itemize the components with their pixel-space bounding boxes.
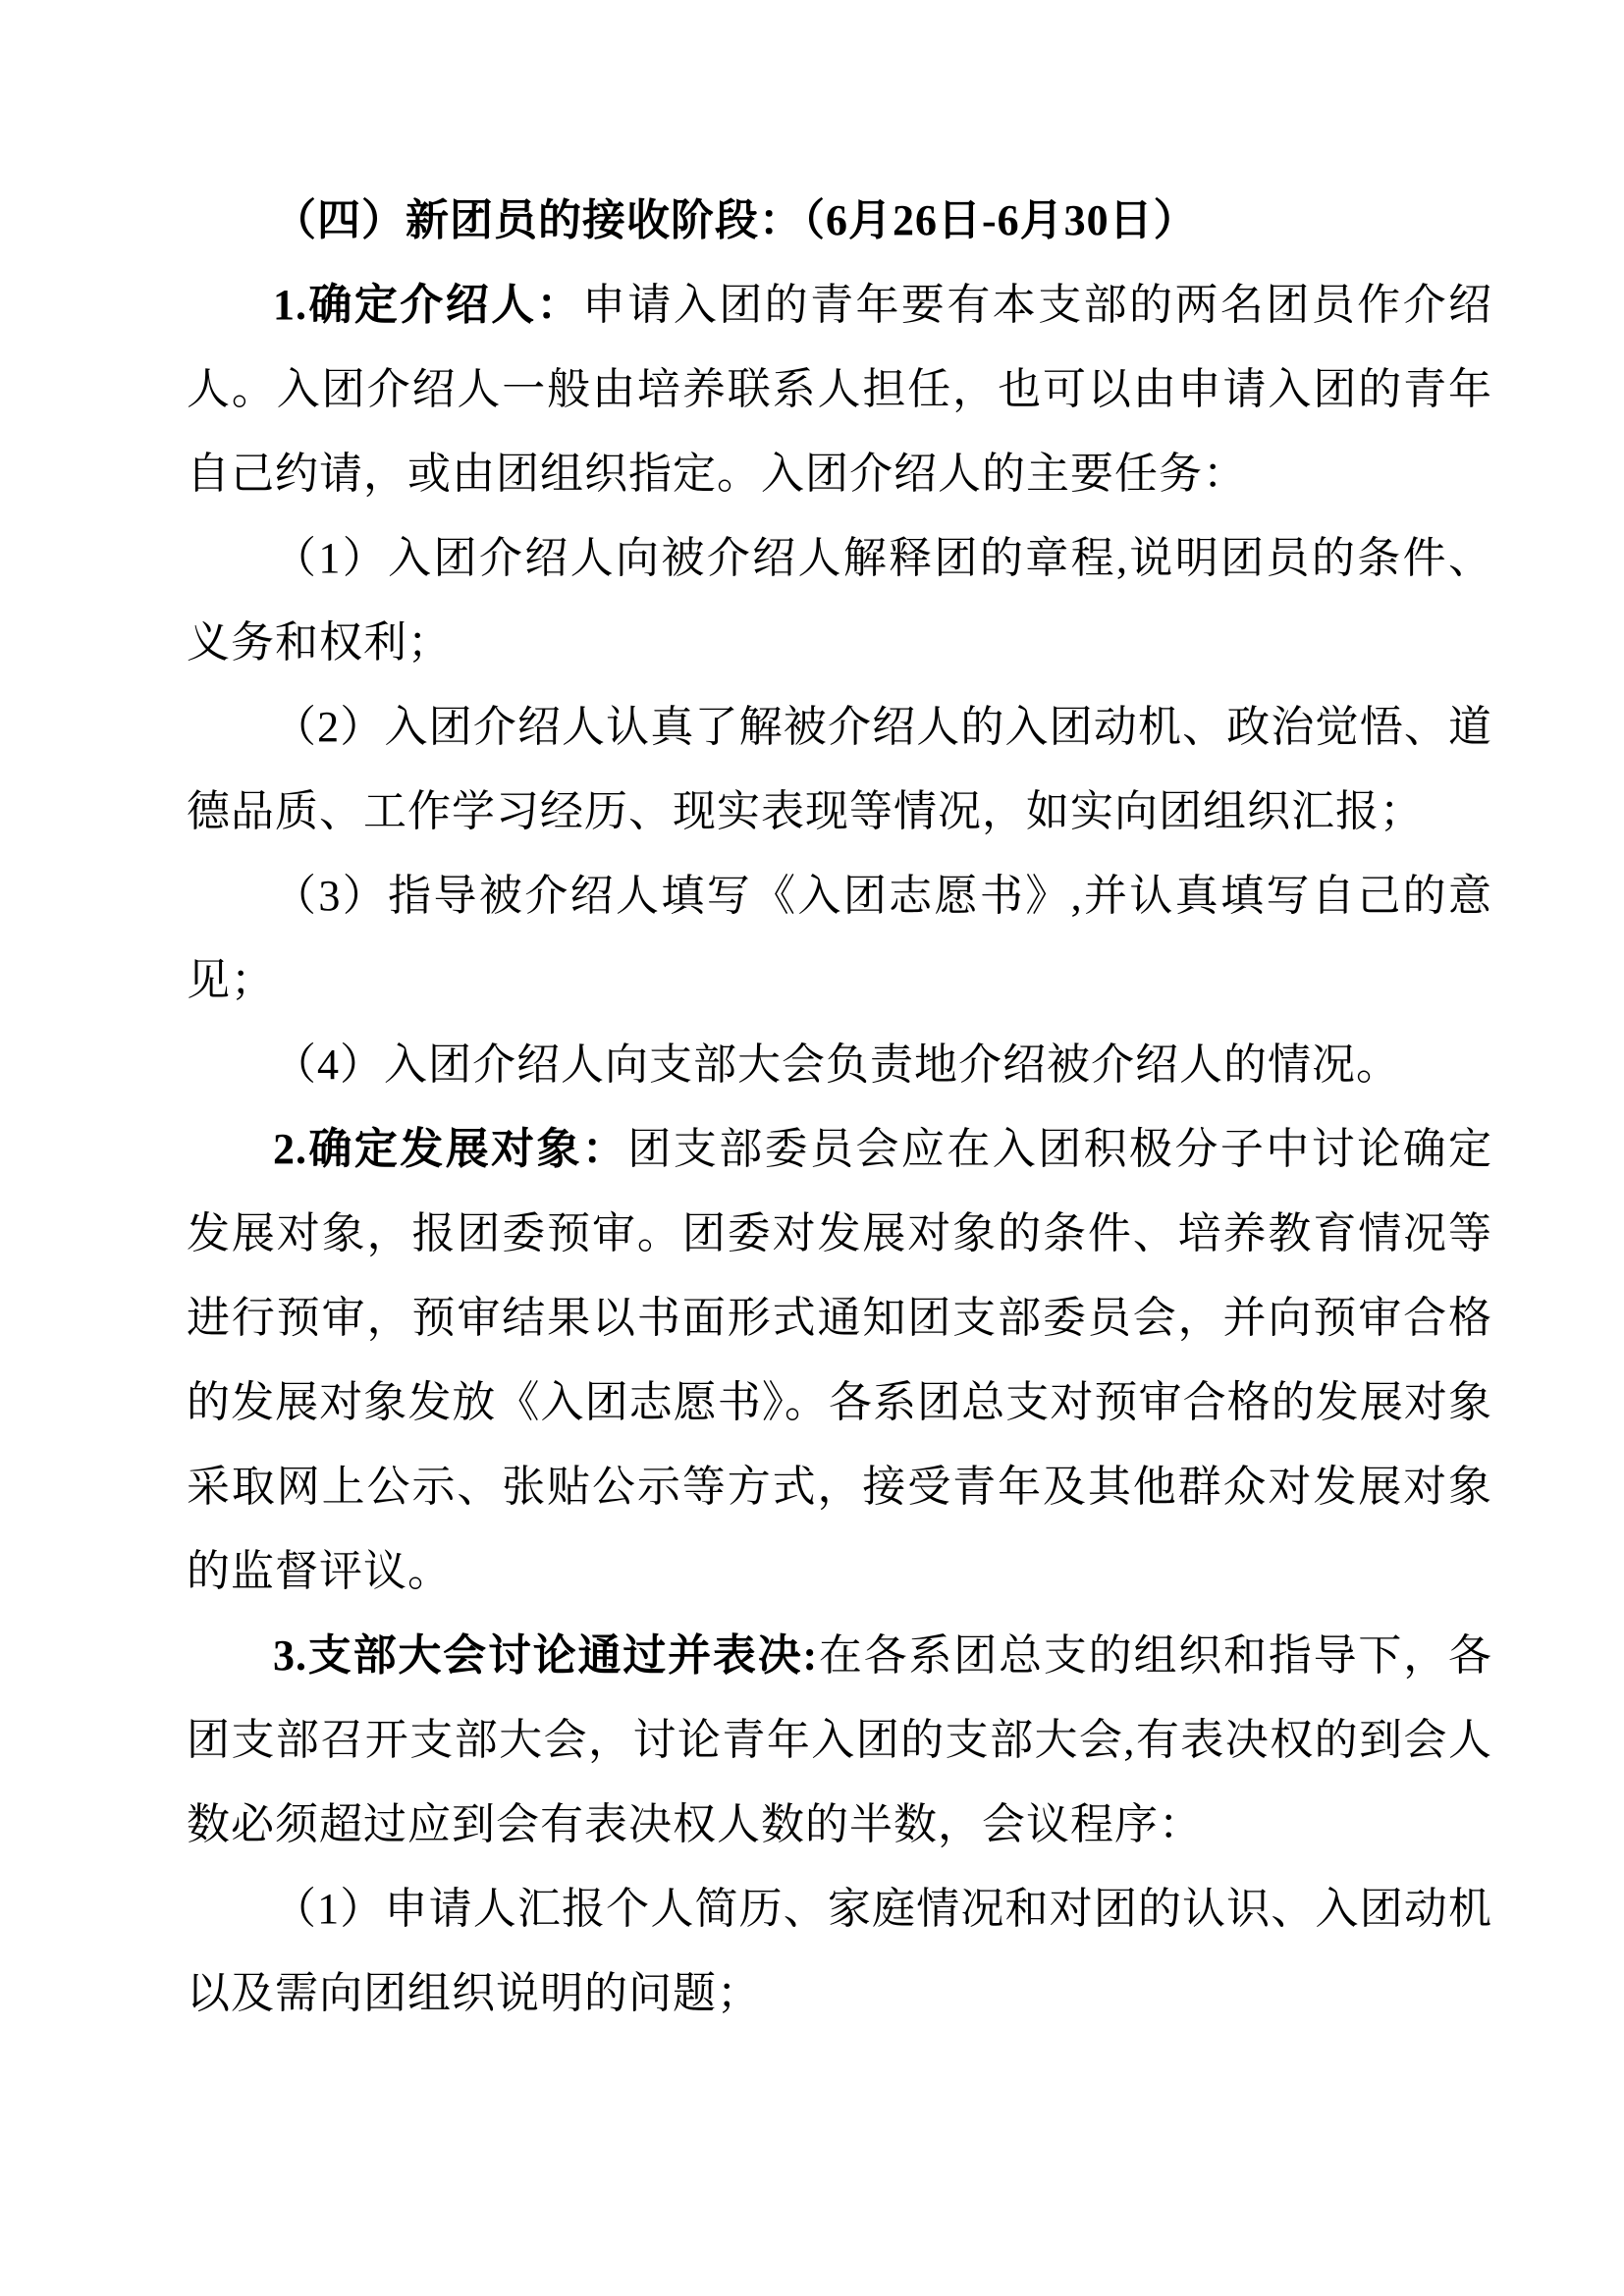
document-body: 1.确定介绍人：申请入团的青年要有本支部的两名团员作介绍人。入团介绍人一般由培养… <box>187 263 1492 2036</box>
document-page: （四）新团员的接收阶段：（6月26日-6月30日） 1.确定介绍人：申请入团的青… <box>0 0 1624 2296</box>
paragraph-text: （4）入团介绍人向支部大会负责地介绍被介绍人的情况。 <box>273 1041 1400 1089</box>
paragraph-text: （2）入团介绍人认真了解被介绍人的入团动机、政治觉悟、道德品质、工作学习经历、现… <box>187 703 1492 835</box>
paragraph-text: （1）申请人汇报个人简历、家庭情况和对团的认识、入团动机以及需向团组织说明的问题… <box>187 1885 1492 2017</box>
paragraph-lead-bold: 2.确定发展对象： <box>273 1125 627 1173</box>
paragraph: （1）申请人汇报个人简历、家庭情况和对团的认识、入团动机以及需向团组织说明的问题… <box>187 1867 1492 2036</box>
paragraph-lead-bold: 3.支部大会讨论通过并表决: <box>273 1631 818 1680</box>
paragraph: 3.支部大会讨论通过并表决:在各系团总支的组织和指导下，各团支部召开支部大会，讨… <box>187 1614 1492 1867</box>
paragraph: （4）入团介绍人向支部大会负责地介绍被介绍人的情况。 <box>187 1023 1492 1107</box>
paragraph-text: （3）指导被介绍人填写《入团志愿书》,并认真填写自己的意见； <box>187 872 1492 1004</box>
paragraph: （3）指导被介绍人填写《入团志愿书》,并认真填写自己的意见； <box>187 854 1492 1023</box>
paragraph-lead-bold: 1.确定介绍人： <box>273 281 582 329</box>
paragraph: （1）入团介绍人向被介绍人解释团的章程,说明团员的条件、义务和权利； <box>187 516 1492 685</box>
paragraph-text: （1）入团介绍人向被介绍人解释团的章程,说明团员的条件、义务和权利； <box>187 534 1492 667</box>
paragraph: 1.确定介绍人：申请入团的青年要有本支部的两名团员作介绍人。入团介绍人一般由培养… <box>187 263 1492 516</box>
paragraph: 2.确定发展对象：团支部委员会应在入团积极分子中讨论确定发展对象，报团委预审。团… <box>187 1107 1492 1614</box>
paragraph-text: 团支部委员会应在入团积极分子中讨论确定发展对象，报团委预审。团委对发展对象的条件… <box>187 1125 1492 1595</box>
section-heading: （四）新团员的接收阶段：（6月26日-6月30日） <box>187 179 1492 263</box>
paragraph: （2）入团介绍人认真了解被介绍人的入团动机、政治觉悟、道德品质、工作学习经历、现… <box>187 685 1492 854</box>
